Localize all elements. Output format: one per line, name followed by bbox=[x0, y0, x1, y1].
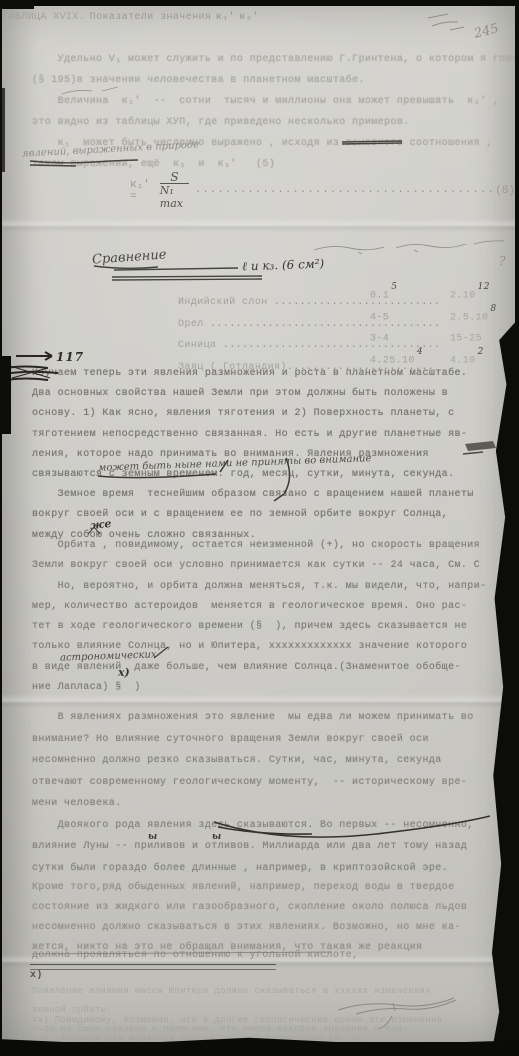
row-label: Орел bbox=[178, 319, 210, 330]
formula-fraction: S N₁ max bbox=[160, 171, 189, 210]
pencil-page-number: 245 bbox=[473, 21, 501, 42]
footnote-text: Появление влияния массы Юпитера должно с… bbox=[32, 986, 442, 1042]
typed-line: Изучаем теперь эти явления размножения и… bbox=[32, 368, 474, 388]
formula-lhs: к₁' = bbox=[130, 179, 154, 203]
typed-line: тет в ходе геологического времени (§ ), … bbox=[32, 621, 486, 641]
value-k3: 4.102 bbox=[450, 351, 482, 366]
margin-page-number: 117 bbox=[56, 350, 84, 364]
footnote-marker: х) bbox=[30, 970, 43, 981]
typed-line: Появление влияния массы Юпитера должно с… bbox=[32, 986, 442, 996]
value-k1: 3-4 bbox=[370, 329, 389, 344]
typed-line: Орбита , повидимому, остается неизменной… bbox=[32, 540, 486, 560]
typed-line: мер, количество астероидов меняется в ге… bbox=[32, 601, 486, 621]
intro-paragraphs: Удельно V₁ может служить и по представле… bbox=[32, 54, 515, 180]
typed-line: Но, вероятно, и орбита должна меняться, … bbox=[32, 581, 486, 601]
typed-line: отвечают современному геологическому мом… bbox=[32, 777, 474, 799]
table-row: Орел ...................................… bbox=[32, 308, 502, 330]
column-header-k1: к₁' bbox=[216, 12, 235, 23]
dot-leader: .................................. bbox=[223, 340, 441, 351]
overstruck-typed-line: должна проявляться по отношению к угольн… bbox=[32, 950, 358, 961]
value-k1: 0.15 bbox=[370, 286, 395, 301]
typed-line: несомненно должно сказываться в этих явл… bbox=[32, 922, 467, 942]
fraction-denominator: N₁ max bbox=[160, 184, 189, 210]
typed-line: мени человека. bbox=[32, 798, 474, 820]
typed-line: Удельно V₁ может служить и по представле… bbox=[32, 54, 515, 75]
dot-leader: .......................... bbox=[274, 297, 440, 308]
typed-line: сутки были гораздо более длинные , напри… bbox=[32, 863, 474, 885]
value-k1: 4.25.104 bbox=[370, 351, 421, 366]
typed-line: земной орбиты. bbox=[32, 1005, 442, 1015]
handwritten-ending-correction: ы bbox=[212, 832, 221, 842]
paragraph-rotation-influence: В явлениях размножения это явление мы ед… bbox=[32, 712, 474, 884]
value-k3: 2.5.108 bbox=[450, 308, 495, 323]
table-xvix: ТАБЛИЦА ХVIХ. Сравнение Показатели значе… bbox=[2, 6, 515, 24]
table-rows: Индийский слон .........................… bbox=[32, 286, 502, 372]
scanned-typescript-page: 245 Удельно V₁ может служить и по предст… bbox=[0, 0, 519, 1056]
handwritten-footnote-ref: х) bbox=[118, 666, 130, 679]
typed-line: основу. 1) Как ясно, явления тяготения и… bbox=[32, 408, 474, 428]
typed-line: в виде явлений даже больше, чем влияние … bbox=[32, 662, 486, 682]
typed-line bbox=[32, 996, 442, 1006]
value-k3: 2.1012 bbox=[450, 286, 488, 301]
handwritten-heading: Сравнение bbox=[92, 247, 167, 267]
typed-line: это видно из таблицы ХУП, где приведено … bbox=[32, 117, 515, 138]
handwritten-ending-correction: ы bbox=[148, 832, 157, 842]
typed-line: влияние Луны -- приливов и отливов. Милл… bbox=[32, 841, 474, 863]
typed-line: Кроме того,ряд обыденных явлений, наприм… bbox=[32, 882, 467, 902]
scan-edge-mark bbox=[0, 88, 5, 172]
typed-line: В явлениях размножения это явление мы ед… bbox=[32, 712, 474, 734]
equation-number: (8) bbox=[495, 185, 515, 197]
handwritten-zhe-insert: же bbox=[89, 517, 112, 532]
struck-subtitle: Показатели значения bbox=[90, 12, 212, 23]
typed-line: состояние из жидкого или газообразного, … bbox=[32, 902, 467, 922]
typed-line: тяготением непосредственно связанная. Но… bbox=[32, 429, 474, 449]
typed-line: Два основных свойства нашей Земли при эт… bbox=[32, 388, 474, 408]
pencil-question-mark: ? bbox=[499, 254, 505, 268]
typed-line: внимание? Но влияние суточного вращения … bbox=[32, 734, 474, 756]
column-header-k3: к₃' bbox=[239, 12, 258, 23]
typed-line: хх) Повидимому, возможно, что в долгие г… bbox=[32, 1015, 442, 1025]
paper-sheet: 245 Удельно V₁ может служить и по предст… bbox=[2, 6, 515, 1042]
handwritten-subtitle: ℓ и к₃. (6 см²) bbox=[242, 257, 325, 275]
typed-line: Земное время теснейшим образом связано с… bbox=[32, 489, 474, 509]
paragraph-orbit: Орбита , повидимому, остается неизменной… bbox=[32, 540, 486, 702]
typed-line: несомненно должно резко сказываться. Сут… bbox=[32, 755, 474, 777]
row-label: Индийский слон bbox=[178, 297, 274, 308]
table-row: Синица .................................… bbox=[32, 329, 502, 351]
paper-crease bbox=[2, 218, 515, 232]
dot-leader: .................................... bbox=[210, 319, 440, 330]
value-k1: 4-5 bbox=[370, 308, 389, 323]
pencil-note-scrawl bbox=[314, 241, 504, 254]
scan-edge-mark bbox=[0, 356, 11, 434]
table-row: Индийский слон .........................… bbox=[32, 286, 502, 308]
formula-k1: к₁' = S N₁ max .........................… bbox=[130, 171, 515, 210]
typed-line: Двоякого рода явления здесь сказываются.… bbox=[32, 820, 474, 842]
value-k3: 15-25 bbox=[450, 329, 482, 344]
row-label: Синица bbox=[178, 340, 223, 351]
scan-edge-mark bbox=[0, 0, 34, 9]
typed-line: ние Лапласа) § ) bbox=[32, 682, 486, 702]
typed-line: Земли вокруг своей оси условно принимает… bbox=[32, 560, 486, 580]
dot-leader: ........................................ bbox=[195, 185, 495, 196]
typed-line: льды не были связаны с полюсами, что име… bbox=[32, 1024, 442, 1034]
footnote-rule bbox=[30, 964, 276, 970]
typed-line: (§ 195)в значении человечества в планетн… bbox=[32, 75, 515, 96]
typed-line: Величина к₁' -- сотни тысяч и миллионы о… bbox=[32, 96, 515, 117]
fraction-numerator: S bbox=[160, 171, 188, 184]
table-title: ТАБЛИЦА ХVIХ. bbox=[2, 12, 85, 23]
